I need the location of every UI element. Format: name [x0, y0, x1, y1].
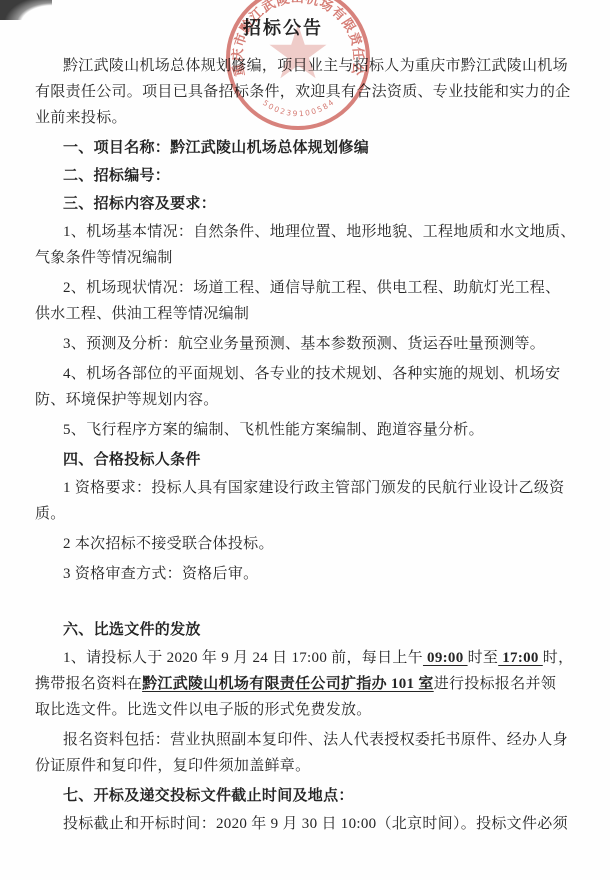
section-4-item-1: 1 资格要求：投标人具有国家建设行政主管部门颁发的民航行业设计乙级资质。 [35, 475, 585, 527]
intro-paragraph: 黔江武陵山机场总体规划修编，项目业主与招标人为重庆市黔江武陵山机场有限责任公司。… [35, 53, 585, 131]
section-4-item-3: 3 资格审查方式：资格后审。 [35, 561, 585, 587]
section-4-item-1-line-2: 质。 [35, 501, 585, 527]
section-6-item-2-line-1: 报名资料包括：营业执照副本复印件、法人代表授权委托书原件、经办人身 [35, 727, 585, 753]
section-4-item-3-line-1: 3 资格审查方式：资格后审。 [35, 561, 585, 587]
section-3-item-1-line-1: 1、机场基本情况：自然条件、地理位置、地形地貌、工程地质和水文地质、 [35, 219, 585, 245]
section-3-item-1-line-2: 气象条件等情况编制 [35, 245, 585, 271]
section-3-item-3-line-1: 3、预测及分析：航空业务量预测、基本参数预测、货运吞吐量预测等。 [35, 331, 585, 357]
section-3-item-4-line-2: 防、环境保护等规划内容。 [35, 387, 585, 413]
section-3-item-5: 5、飞行程序方案的编制、飞机性能方案编制、跑道容量分析。 [35, 417, 585, 443]
section-6-item-1-line-2: 携带报名资料在黔江武陵山机场有限责任公司扩指办 101 室进行投标报名并领 [35, 671, 585, 697]
section-3-item-4-line-1: 4、机场各部位的平面规划、各专业的技术规划、各种实施的规划、机场安 [35, 361, 585, 387]
section-4-heading-line-1: 四、合格投标人条件 [35, 447, 585, 473]
section-7-item-1-line-1: 投标截止和开标时间：2020 年 9 月 30 日 10:00（北京时间）。投标… [35, 811, 585, 837]
section-6-heading-line-1: 六、比选文件的发放 [35, 617, 585, 643]
section-1-heading-line-1: 一、项目名称：黔江武陵山机场总体规划修编 [35, 135, 585, 161]
section-3-item-2-line-2: 供水工程、供油工程等情况编制 [35, 301, 585, 327]
section-3-item-2-line-1: 2、机场现状情况：场道工程、通信导航工程、供电工程、助航灯光工程、 [35, 275, 585, 301]
document-title: 招标公告 [35, 15, 531, 41]
section-3-item-2: 2、机场现状情况：场道工程、通信导航工程、供电工程、助航灯光工程、供水工程、供油… [35, 275, 585, 327]
section-6-item-1-line-3: 取比选文件。比选文件以电子版的形式免费发放。 [35, 697, 585, 723]
intro-paragraph-line-1: 黔江武陵山机场总体规划修编，项目业主与招标人为重庆市黔江武陵山机场 [35, 53, 585, 79]
section-3-item-1: 1、机场基本情况：自然条件、地理位置、地形地貌、工程地质和水文地质、气象条件等情… [35, 219, 585, 271]
section-4-item-1-line-1: 1 资格要求：投标人具有国家建设行政主管部门颁发的民航行业设计乙级资 [35, 475, 585, 501]
section-6-item-1: 1、请投标人于 2020 年 9 月 24 日 17:00 前，每日上午 09:… [35, 645, 585, 723]
section-2-heading-line-1: 二、招标编号： [35, 163, 585, 189]
section-7-item-1: 投标截止和开标时间：2020 年 9 月 30 日 10:00（北京时间）。投标… [35, 811, 585, 837]
intro-paragraph-line-2: 有限责任公司。项目已具备招标条件，欢迎具有合法资质、专业技能和实力的企 [35, 79, 585, 105]
document-page: 招标公告 黔江武陵山机场总体规划修编，项目业主与招标人为重庆市黔江武陵山机场有限… [0, 0, 610, 880]
section-3-item-4: 4、机场各部位的平面规划、各专业的技术规划、各种实施的规划、机场安防、环境保护等… [35, 361, 585, 413]
section-3-item-3: 3、预测及分析：航空业务量预测、基本参数预测、货运吞吐量预测等。 [35, 331, 585, 357]
section-3-heading: 三、招标内容及要求： [35, 191, 585, 217]
document-body: 黔江武陵山机场总体规划修编，项目业主与招标人为重庆市黔江武陵山机场有限责任公司。… [35, 53, 585, 837]
section-7-heading-line-1: 七、开标及递交投标文件截止时间及地点： [35, 783, 585, 809]
section-6-item-2: 报名资料包括：营业执照副本复印件、法人代表授权委托书原件、经办人身份证原件和复印… [35, 727, 585, 779]
section-1-heading: 一、项目名称：黔江武陵山机场总体规划修编 [35, 135, 585, 161]
section-2-heading: 二、招标编号： [35, 163, 585, 189]
section-6-item-2-line-2: 份证原件和复印件，复印件须加盖鲜章。 [35, 753, 585, 779]
section-7-heading: 七、开标及递交投标文件截止时间及地点： [35, 783, 585, 809]
section-3-heading-line-1: 三、招标内容及要求： [35, 191, 585, 217]
section-4-heading: 四、合格投标人条件 [35, 447, 585, 473]
section-4-item-2: 2 本次招标不接受联合体投标。 [35, 531, 585, 557]
section-6-heading: 六、比选文件的发放 [35, 617, 585, 643]
section-4-item-2-line-1: 2 本次招标不接受联合体投标。 [35, 531, 585, 557]
scan-corner-artifact [0, 0, 52, 20]
section-6-item-1-line-1: 1、请投标人于 2020 年 9 月 24 日 17:00 前，每日上午 09:… [35, 645, 585, 671]
section-3-item-5-line-1: 5、飞行程序方案的编制、飞机性能方案编制、跑道容量分析。 [35, 417, 585, 443]
intro-paragraph-line-3: 业前来投标。 [35, 105, 585, 131]
